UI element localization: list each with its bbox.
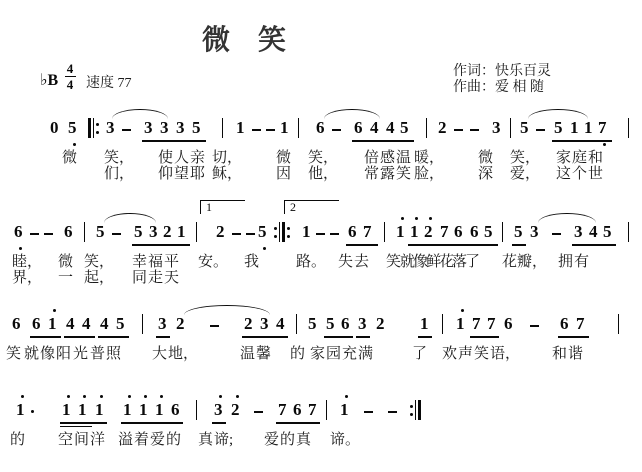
lyric-syllable: 温 — [396, 150, 411, 167]
octave-dot-high — [21, 395, 24, 398]
beam-underline — [572, 244, 616, 246]
octave-dot-high — [100, 395, 103, 398]
octave-dot-high — [461, 309, 464, 312]
octave-dot-high — [219, 395, 222, 398]
note: 2 — [424, 222, 436, 242]
lyric-syllable: 睦， — [12, 254, 42, 271]
lyric-syllable: 爱， — [510, 166, 540, 183]
beam-underline — [470, 336, 499, 338]
note: 5 — [484, 222, 496, 242]
sheet-music: 微 笑 作词：快乐百灵 作曲：爱 相 随 ♭B 4 4 速度 77 053333… — [0, 0, 642, 472]
note: 4 — [100, 314, 112, 334]
lyric-syllable: 暖， — [414, 150, 444, 167]
notes-row: 66553211252167112766553345 — [0, 221, 642, 251]
system-3: 661444532234556321177667 笑就像阳光普照大地，温馨的家园… — [0, 313, 642, 385]
lyric-syllable: 笑， — [104, 150, 134, 167]
lyric-syllable: 阳 — [56, 346, 71, 363]
lyrics-verse-1: 笑就像阳光普照大地，温馨的家园充满了欢声笑语，和谐 — [0, 346, 642, 363]
lyric-syllable: 去 — [354, 254, 369, 271]
note: 3 — [149, 222, 161, 242]
barline — [296, 314, 297, 334]
lyric-syllable: 溢 — [118, 432, 133, 449]
volta-number: 2 — [290, 200, 296, 215]
repeat-end-sign — [410, 400, 421, 420]
lyric-syllable: 笑 — [386, 254, 401, 271]
note: 5 — [258, 222, 270, 242]
note: 7 — [472, 314, 484, 334]
note: 4 — [589, 222, 601, 242]
lyric-syllable: 笑 — [6, 346, 21, 363]
beam-underline — [30, 336, 61, 338]
lyrics-verse-1: 的空间洋溢着爱的真谛;爱的真谛。 — [0, 432, 642, 449]
note: 7 — [308, 400, 320, 420]
lyric-syllable: 了 — [465, 254, 480, 271]
repeat-dot — [410, 405, 413, 408]
duration-dash — [252, 129, 261, 131]
lyric-syllable: 微 — [58, 254, 73, 271]
duration-dash — [246, 233, 255, 235]
beam-underline — [468, 244, 498, 246]
rest-note: 0 — [50, 118, 62, 138]
note: 3 — [176, 118, 188, 138]
lyric-syllable: 的 — [290, 346, 305, 363]
note: 4 — [386, 118, 398, 138]
repeat-dots — [96, 123, 99, 134]
note: 6 — [504, 314, 516, 334]
lyric-syllable: 光 — [73, 346, 88, 363]
time-signature: 4 4 — [64, 62, 76, 91]
lyric-syllable: 地， — [168, 346, 198, 363]
note: 6 — [454, 222, 466, 242]
lyric-syllable: 像 — [40, 346, 55, 363]
note: 3 — [260, 314, 272, 334]
lyric-syllable: 因 — [276, 166, 291, 183]
note: 1 — [410, 222, 422, 242]
beam-underline — [242, 336, 288, 338]
duration-dash — [552, 233, 561, 235]
octave-dot-low — [263, 247, 266, 250]
note: 3 — [160, 118, 172, 138]
repeat-end-sign — [274, 222, 290, 242]
note: 2 — [163, 222, 175, 242]
note: 3 — [214, 400, 226, 420]
note: 7 — [363, 222, 375, 242]
beam-underline — [324, 336, 353, 338]
duration-dash — [330, 233, 339, 235]
lyric-syllable: 倍 — [364, 150, 379, 167]
note: 4 — [370, 118, 382, 138]
note: 1 — [139, 400, 151, 420]
octave-dot-high — [128, 395, 131, 398]
note: 5 — [554, 118, 566, 138]
duration-dash — [210, 325, 219, 327]
duration-dash — [232, 233, 241, 235]
augmentation-dot — [31, 410, 34, 413]
lyric-syllable: 声 — [458, 346, 473, 363]
lyric-syllable: 笑， — [308, 150, 338, 167]
note: 6 — [348, 222, 360, 242]
lyric-syllable: 微 — [62, 150, 77, 167]
lyric-syllable: 和 — [552, 346, 567, 363]
lyric-syllable: 了 — [412, 346, 427, 363]
barline — [442, 314, 443, 334]
slur-arc — [528, 109, 588, 119]
lyric-syllable: 家 — [556, 150, 571, 167]
repeat-bar — [415, 400, 416, 420]
lyrics-verse-2: 们，仰望耶稣，因他，常露笑脸，深爱，这个世 — [0, 166, 642, 183]
lyric-syllable: 个 — [572, 166, 587, 183]
lyrics-verse-2: 界，一起，同走天 — [0, 270, 642, 287]
note: 2 — [176, 314, 188, 334]
note: 3 — [106, 118, 118, 138]
lyric-syllable: 充 — [342, 346, 357, 363]
lyric-syllable: 一 — [58, 270, 73, 287]
barline — [84, 222, 85, 242]
lyric-syllable: 瓣， — [517, 254, 547, 271]
note: 2 — [216, 222, 228, 242]
beam-underline — [60, 422, 107, 424]
barline — [426, 118, 427, 138]
meter-numerator: 4 — [64, 62, 76, 75]
lyric-syllable: 的 — [10, 432, 25, 449]
note: 2 — [244, 314, 256, 334]
octave-dot-high — [83, 395, 86, 398]
note: 5 — [326, 314, 338, 334]
barline — [628, 222, 629, 242]
repeat-dot — [287, 227, 290, 230]
lyric-syllable: 普 — [90, 346, 105, 363]
duration-dash — [266, 129, 275, 131]
lyric-syllable: 我 — [244, 254, 259, 271]
barline — [196, 222, 197, 242]
lyric-syllable: 仰 — [158, 166, 173, 183]
lyric-syllable: 人 — [174, 150, 189, 167]
lyric-syllable: 世 — [588, 166, 603, 183]
lyric-syllable: 庭 — [572, 150, 587, 167]
duration-dash — [254, 411, 263, 413]
lyric-syllable: 同 — [132, 270, 147, 287]
lyric-syllable: 安。 — [198, 254, 228, 271]
octave-dot-high — [160, 395, 163, 398]
lyrics-verse-1: 睦，微笑，幸福平安。我路。失去笑就像鲜花落了花瓣，拥有 — [0, 254, 642, 271]
octave-dot-high — [345, 395, 348, 398]
lyric-syllable: 幸 — [132, 254, 147, 271]
beam-underline — [558, 336, 589, 338]
meter-denominator: 4 — [64, 78, 76, 91]
lyric-syllable: 的 — [166, 432, 181, 449]
note: 6 — [560, 314, 572, 334]
note: 1 — [570, 118, 582, 138]
notes-row: 661444532234556321177667 — [0, 313, 642, 343]
lyrics-verse-2 — [0, 362, 642, 379]
repeat-dot — [410, 413, 413, 416]
note: 5 — [116, 314, 128, 334]
repeat-dots — [410, 405, 413, 416]
octave-dot-high — [429, 217, 432, 220]
lyric-syllable: 这 — [556, 166, 571, 183]
barline — [196, 400, 197, 420]
duration-dash — [536, 129, 545, 131]
note: 7 — [576, 314, 588, 334]
duration-dash — [364, 411, 373, 413]
notes-row: 053333511664452355117 — [0, 117, 642, 147]
note: 1 — [16, 400, 28, 420]
note: 3 — [144, 118, 156, 138]
repeat-dots — [287, 227, 290, 238]
lyric-syllable: 使 — [158, 150, 173, 167]
note: 1 — [340, 400, 352, 420]
note: 2 — [231, 400, 243, 420]
lyric-syllable: 笑 — [396, 166, 411, 183]
lyric-syllable: 微 — [276, 150, 291, 167]
lyrics-verse-2 — [0, 448, 642, 465]
barline — [510, 118, 511, 138]
lyric-syllable: 谐 — [568, 346, 583, 363]
lyric-syllable: 切， — [212, 150, 242, 167]
note: 2 — [376, 314, 388, 334]
note: 5 — [134, 222, 146, 242]
note: 5 — [514, 222, 526, 242]
system-1: 053333511664452355117 微笑，使人亲切，微笑，倍感温暖，微笑… — [0, 117, 642, 189]
note: 3 — [530, 222, 542, 242]
note: 7 — [278, 400, 290, 420]
barline — [222, 118, 223, 138]
volta-bracket: 2 — [284, 200, 339, 214]
note: 1 — [48, 314, 60, 334]
lyric-syllable: 感 — [380, 150, 395, 167]
note: 1 — [95, 400, 107, 420]
note: 5 — [603, 222, 615, 242]
lyric-syllable: 平 — [164, 254, 179, 271]
lyric-syllable: 耶 — [190, 166, 205, 183]
repeat-dot — [274, 227, 277, 230]
beam-underline — [438, 244, 468, 246]
octave-dot-high — [67, 395, 70, 398]
lyric-syllable: 真 — [198, 432, 213, 449]
slur-arc — [112, 109, 168, 119]
beam-underline — [132, 244, 190, 246]
note: 7 — [487, 314, 499, 334]
note: 1 — [123, 400, 135, 420]
duration-dash — [316, 233, 325, 235]
note: 7 — [440, 222, 452, 242]
note: 6 — [341, 314, 353, 334]
note: 3 — [158, 314, 170, 334]
lyric-syllable: 温 — [240, 346, 255, 363]
barline — [142, 314, 143, 334]
lyric-syllable: 微 — [478, 150, 493, 167]
octave-dot-low — [19, 247, 22, 250]
note: 6 — [171, 400, 183, 420]
lyric-syllable: 欢 — [442, 346, 457, 363]
lyric-syllable: 望 — [174, 166, 189, 183]
lyric-syllable: 福 — [148, 254, 163, 271]
barline — [502, 222, 503, 242]
beam-underline — [142, 140, 206, 142]
beam-underline — [276, 422, 320, 424]
note: 1 — [280, 118, 292, 138]
note: 6 — [354, 118, 366, 138]
note: 6 — [64, 222, 76, 242]
lyric-syllable: 爱 — [150, 432, 165, 449]
volta-number: 1 — [206, 200, 212, 215]
beam-underline — [156, 336, 170, 338]
repeat-bar — [88, 118, 91, 138]
beam-underline — [352, 140, 414, 142]
duration-dash — [332, 129, 341, 131]
note: 5 — [520, 118, 532, 138]
beam-underline — [356, 336, 370, 338]
lyric-syllable: 亲 — [190, 150, 205, 167]
repeat-dot — [96, 131, 99, 134]
octave-dot-low — [73, 143, 76, 146]
octave-dot-high — [401, 217, 404, 220]
repeat-bar — [93, 118, 94, 138]
lyric-syllable: 笑， — [510, 150, 540, 167]
lyric-syllable: 拥 — [558, 254, 573, 271]
barline — [298, 118, 299, 138]
repeat-bar — [282, 222, 285, 242]
note: 4 — [66, 314, 78, 334]
lyric-syllable: 他， — [308, 166, 338, 183]
note: 1 — [302, 222, 314, 242]
note: 6 — [293, 400, 305, 420]
lyric-syllable: 着 — [134, 432, 149, 449]
note: 3 — [492, 118, 504, 138]
lyric-syllable: 失 — [338, 254, 353, 271]
lyric-syllable: 爱 — [264, 432, 279, 449]
lyric-syllable: 笑 — [474, 346, 489, 363]
lyric-syllable: 稣， — [212, 166, 242, 183]
lyric-syllable: 间 — [74, 432, 89, 449]
duration-dash — [454, 129, 463, 131]
lyric-syllable: 和 — [588, 150, 603, 167]
page-title: 微 笑 — [202, 18, 286, 58]
note: 5 — [400, 118, 412, 138]
beam-underline — [64, 336, 95, 338]
note: 1 — [177, 222, 189, 242]
lyric-syllable: 照 — [106, 346, 121, 363]
duration-dash — [122, 129, 131, 131]
lyric-syllable: 家 — [310, 346, 325, 363]
lyric-syllable: 满 — [358, 346, 373, 363]
key-name: ♭B — [40, 70, 58, 90]
system-4: 11111116327671 的空间洋溢着爱的真谛;爱的真谛。 — [0, 399, 642, 471]
repeat-bar — [279, 222, 280, 242]
note: 1 — [584, 118, 596, 138]
note: 1 — [456, 314, 468, 334]
beam-underline — [121, 422, 183, 424]
lyric-syllable: 笑， — [84, 254, 114, 271]
tempo-label: 速度 77 — [86, 72, 132, 92]
lyric-syllable: 们， — [104, 166, 134, 183]
note: 4 — [276, 314, 288, 334]
note: 1 — [78, 400, 90, 420]
slur-arc — [324, 109, 380, 119]
note: 1 — [236, 118, 248, 138]
duration-dash — [530, 325, 539, 327]
beam-underline — [418, 336, 432, 338]
barline — [384, 222, 385, 242]
lyric-syllable: 天 — [164, 270, 179, 287]
duration-dash — [470, 129, 479, 131]
lyric-syllable: 真 — [296, 432, 311, 449]
lyric-syllable: 露 — [380, 166, 395, 183]
note: 1 — [155, 400, 167, 420]
lyrics-verse-1: 微笑，使人亲切，微笑，倍感温暖，微笑，家庭和 — [0, 150, 642, 167]
octave-dot-high — [144, 395, 147, 398]
barline — [628, 118, 629, 138]
beam-underline — [60, 426, 92, 428]
note: 1 — [396, 222, 408, 242]
volta-bracket: 1 — [200, 200, 245, 214]
repeat-bar — [418, 400, 421, 420]
beam-underline — [346, 244, 378, 246]
note: 1 — [420, 314, 432, 334]
slur-arc — [538, 213, 596, 223]
note: 3 — [574, 222, 586, 242]
note: 5 — [308, 314, 320, 334]
barline — [326, 400, 327, 420]
lyric-syllable: 脸， — [414, 166, 444, 183]
note: 2 — [438, 118, 450, 138]
duration-dash — [112, 233, 121, 235]
note: 6 — [316, 118, 328, 138]
beam-underline — [98, 336, 129, 338]
lyric-syllable: 谛。 — [330, 432, 360, 449]
note: 5 — [192, 118, 204, 138]
lyric-syllable: 花 — [502, 254, 517, 271]
repeat-dot — [96, 123, 99, 126]
beam-underline — [552, 140, 612, 142]
lyric-syllable: 的 — [280, 432, 295, 449]
beam-underline — [408, 244, 438, 246]
lyric-syllable: 路。 — [296, 254, 326, 271]
octave-dot-high — [53, 309, 56, 312]
note: 3 — [358, 314, 370, 334]
duration-dash — [30, 233, 39, 235]
note: 6 — [32, 314, 44, 334]
composer-credit: 作曲：爱 相 随 — [453, 76, 544, 96]
slur-arc — [184, 305, 270, 315]
lyric-syllable: 就 — [24, 346, 39, 363]
lyric-syllable: 园 — [326, 346, 341, 363]
lyric-syllable: 空 — [58, 432, 73, 449]
lyric-syllable: 走 — [148, 270, 163, 287]
lyric-syllable: 语， — [490, 346, 520, 363]
lyric-syllable: 深 — [478, 166, 493, 183]
lyric-syllable: 有 — [574, 254, 589, 271]
note: 6 — [470, 222, 482, 242]
note: 1 — [62, 400, 74, 420]
lyric-syllable: 大 — [152, 346, 167, 363]
note: 7 — [598, 118, 610, 138]
octave-dot-high — [236, 395, 239, 398]
note: 4 — [82, 314, 94, 334]
slur-arc — [104, 213, 156, 223]
system-2: 66553211252167112766553345 睦，微笑，幸福平安。我路。… — [0, 221, 642, 293]
lyric-syllable: 起， — [84, 270, 114, 287]
lyric-syllable: 常 — [364, 166, 379, 183]
lyric-syllable: 馨 — [256, 346, 271, 363]
duration-dash — [388, 411, 397, 413]
note: 5 — [68, 118, 80, 138]
duration-dash — [44, 233, 53, 235]
note: 5 — [96, 222, 108, 242]
repeat-dot — [274, 235, 277, 238]
lyric-syllable: 谛; — [214, 432, 233, 449]
octave-dot-high — [415, 217, 418, 220]
